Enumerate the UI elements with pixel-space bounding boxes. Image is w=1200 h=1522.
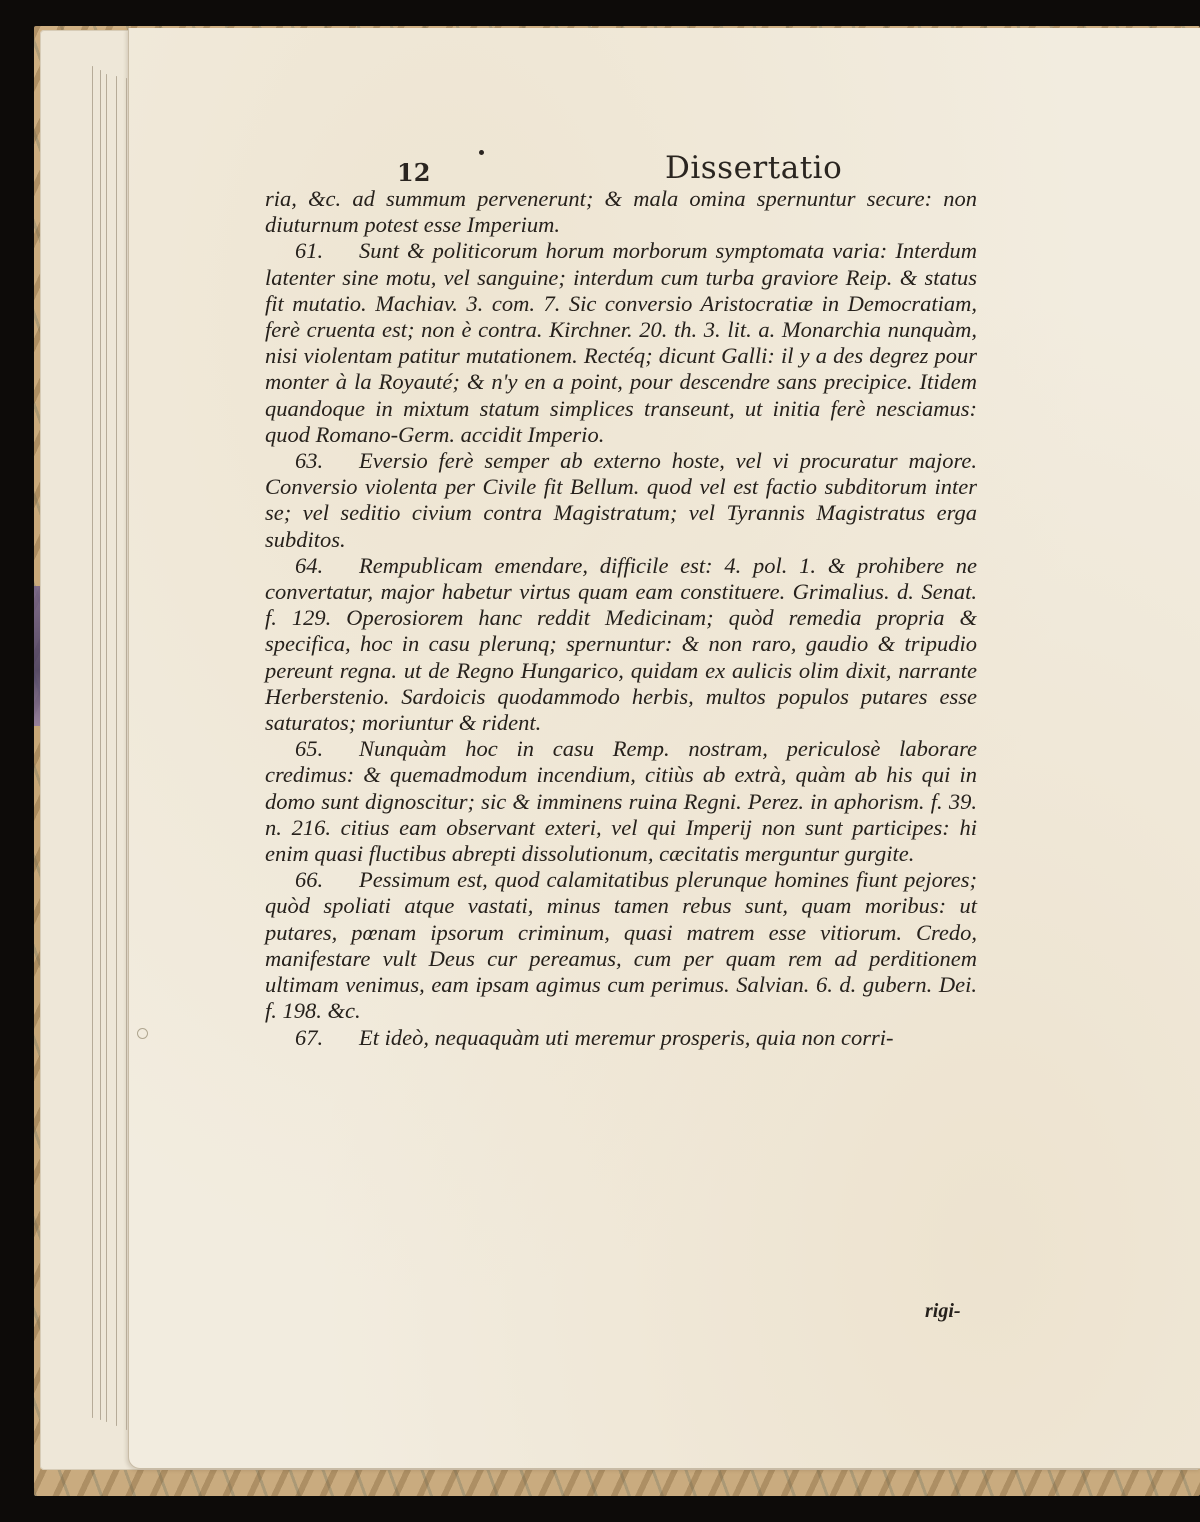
paragraph-text: Pessimum est, quod calamitatibus plerunq… [265, 867, 977, 1023]
paragraph-64: 64.Rempublicam emendare, difficile est: … [265, 553, 977, 736]
paragraph-number: 61. [265, 238, 359, 264]
paragraph-65: 65.Nunquàm hoc in casu Remp. nostram, pe… [265, 736, 977, 867]
running-title: Dissertatio [665, 150, 842, 186]
paragraph-text: Et ideò, nequaquàm uti meremur prosperis… [359, 1025, 894, 1050]
paragraph: ria, &c. ad summum pervenerunt; & mala o… [265, 186, 977, 238]
paragraph-text: Nunquàm hoc in casu Remp. nostram, peric… [265, 736, 977, 866]
page-edge [116, 76, 117, 1426]
page-edge [100, 70, 101, 1420]
paragraph-number: 66. [265, 867, 359, 893]
paragraph-text: Eversio ferè semper ab externo hoste, ve… [265, 448, 977, 552]
catchword: rigi- [925, 1300, 961, 1323]
paragraph-text: Sunt & politicorum horum morborum sympto… [265, 238, 977, 446]
page-edge [106, 74, 107, 1422]
paragraph-66: 66.Pessimum est, quod calamitatibus pler… [265, 867, 977, 1024]
paragraph-number: 64. [265, 553, 359, 579]
paragraph-text: Rempublicam emendare, difficile est: 4. … [265, 553, 977, 735]
paragraph-number: 67. [265, 1025, 359, 1051]
paragraph-67: 67.Et ideò, nequaquàm uti meremur prospe… [265, 1025, 977, 1051]
body-text: ria, &c. ad summum pervenerunt; & mala o… [265, 186, 977, 1051]
paragraph-61: 61.Sunt & politicorum horum morborum sym… [265, 238, 977, 448]
page-edge [126, 78, 127, 1430]
ornament-dot [479, 150, 484, 155]
paragraph-text: ria, &c. ad summum pervenerunt; & mala o… [265, 186, 977, 237]
page-blemish [137, 1028, 148, 1039]
paragraph-number: 65. [265, 736, 359, 762]
page-edge [92, 66, 93, 1418]
paragraph-63: 63.Eversio ferè semper ab externo hoste,… [265, 448, 977, 553]
page-number: 12 [397, 158, 430, 187]
paragraph-number: 63. [265, 448, 359, 474]
